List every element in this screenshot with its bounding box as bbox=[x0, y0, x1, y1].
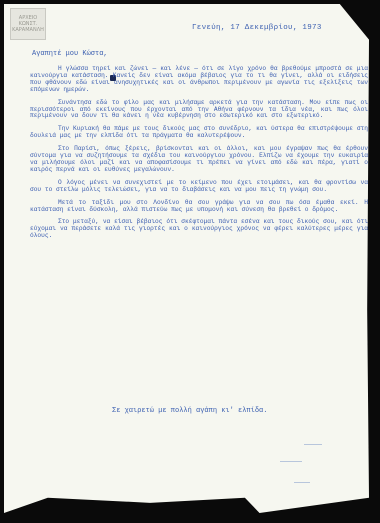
paragraph: Την Κυριακή θα πάμε με τους δικούς μας σ… bbox=[30, 126, 368, 140]
paragraph: Μετά το ταξίδι μου στο Λονδίνο θα σου γρ… bbox=[30, 200, 368, 214]
letter-page: ΑΡΧΕΙΟ ΚΩΝΣΤ. ΚΑΡΑΜΑΝΛΗ Γενεύη, 17 Δεκεμ… bbox=[4, 4, 369, 513]
letter-body: Η γλώσσα τηρεί και ζώνει — και λένε — ότ… bbox=[30, 66, 368, 246]
faint-mark bbox=[294, 482, 310, 483]
paragraph: Η γλώσσα τηρεί και ζώνει — και λένε — ότ… bbox=[30, 66, 368, 94]
archive-stamp: ΑΡΧΕΙΟ ΚΩΝΣΤ. ΚΑΡΑΜΑΝΛΗ bbox=[10, 8, 46, 40]
faint-mark bbox=[304, 444, 322, 445]
paragraph: Στο μεταξύ, να είσαι βέβαιος ότι σκέφτομ… bbox=[30, 219, 368, 240]
stamp-line-3: ΚΑΡΑΜΑΝΛΗ bbox=[12, 27, 44, 33]
faint-mark bbox=[280, 461, 302, 462]
paragraph: Ο λόγος μένει να συνεχιστεί με το κείμεν… bbox=[30, 180, 368, 194]
salutation: Αγαπητέ μου Κώστα, bbox=[32, 50, 108, 58]
date-line: Γενεύη, 17 Δεκεμβρίου, 1973 bbox=[192, 24, 322, 32]
paragraph: Στο Παρίσι, όπως ξέρεις, βρίσκονται και … bbox=[30, 146, 368, 174]
closing-line: Σε χαιρετώ με πολλή αγάπη κι' ελπίδα. bbox=[112, 407, 267, 415]
paragraph: Συνάντησα εδώ το φίλο μας και μιλήσαμε α… bbox=[30, 100, 368, 121]
